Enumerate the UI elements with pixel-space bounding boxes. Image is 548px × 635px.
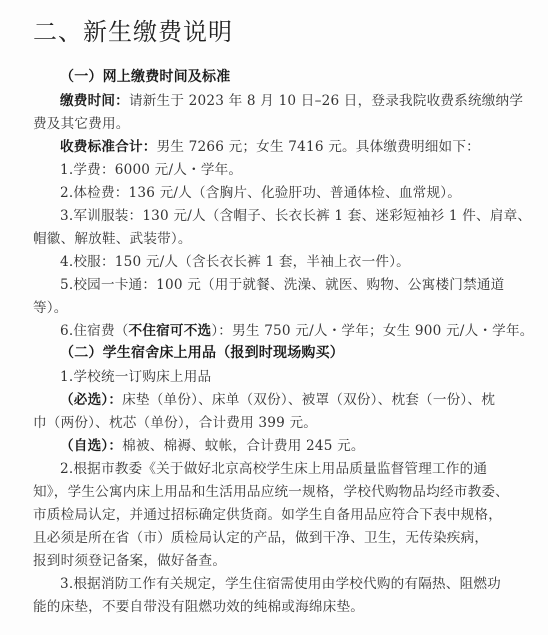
required-label: （必选）： [60,392,122,408]
bedding-p2-line4: 且必须是所在省（市）质检局认定的产品，做到干净、卫生，无传染疾病， [33,526,488,546]
bedding-p2-line1: 2.根据市教委《关于做好北京高校学生床上用品质量监督管理工作的通 [60,457,487,477]
fee-item-military-uniform-cont: 帽徽、解放鞋、武装带）。 [33,227,192,247]
fee-item-physical-exam: 2.体检费：136 元/人（含胸片、化验肝功、普通体检、血常规）。 [60,181,461,201]
bedding-optional-line: （自选）：棉被、棉褥、蚊帐，合计费用 245 元。 [60,434,365,454]
bedding-p2-line2: 知》，学生公寓内床上用品和生活用品应统一规格，学校代购物品均经市教委、 [33,480,509,500]
optional-label: （自选）： [60,438,122,454]
accommodation-suffix: ）：男生 750 元/人・学年；女生 900 元/人・学年。 [211,323,533,339]
fee-item-campus-card-cont: 等）。 [33,296,68,316]
document-page: 二、新生缴费说明 （一）网上缴费时间及标准 缴费时间：请新生于 2023 年 8… [0,0,548,635]
pay-time-text: 请新生于 2023 年 8 月 10 日–26 日，登录我院收费系统缴纳学 [129,93,523,109]
fee-total-line: 收费标准合计：男生 7266 元；女生 7416 元。具体缴费明细如下： [60,135,480,155]
fee-item-tuition: 1.学费：6000 元/人・学年。 [60,158,242,178]
pay-time-label: 缴费时间： [60,93,129,109]
optional-text: 棉被、棉褥、蚊帐，合计费用 245 元。 [122,438,365,454]
bedding-p2-line3: 市质检局认定，并通过招标确定供货商。如学生自备用品应符合下表中规格， [33,503,502,523]
fee-item-campus-card: 5.校园一卡通：100 元（用于就餐、洗澡、就医、购物、公寓楼门禁通道 [60,273,504,293]
fee-total-text: 男生 7266 元；女生 7416 元。具体缴费明细如下： [157,139,480,155]
page-title: 二、新生缴费说明 [33,12,233,47]
section-2-heading: （二）学生宿舍床上用品（报到时现场购买） [60,342,344,362]
fee-total-label: 收费标准合计： [60,139,157,155]
bedding-required-cont: 巾（两份）、枕芯（单份），合计费用 399 元。 [33,411,317,431]
required-text: 床垫（单份）、床单（双份）、被罩（双份）、枕套（一份）、枕 [122,392,495,408]
bedding-p3-line1: 3.根据消防工作有关规定，学生住宿需使用由学校代购的有隔热、阻燃功 [60,572,501,592]
fee-item-school-uniform: 4.校服：150 元/人（含长衣长裤 1 套，半袖上衣一件）。 [60,250,410,270]
pay-time-text-cont: 费及其它费用。 [33,112,130,132]
accommodation-prefix: 6.住宿费（ [60,323,129,339]
bedding-p1: 1.学校统一订购床上用品 [60,365,211,385]
pay-time-line: 缴费时间：请新生于 2023 年 8 月 10 日–26 日，登录我院收费系统缴… [60,89,523,109]
section-1-heading: （一）网上缴费时间及标准 [60,66,230,86]
bedding-p2-line5: 报到时须登记备案，做好备查。 [33,549,226,569]
accommodation-optional-note: 不住宿可不选 [129,323,212,339]
fee-item-accommodation: 6.住宿费（不住宿可不选）：男生 750 元/人・学年；女生 900 元/人・学… [60,319,534,339]
bedding-required-line: （必选）：床垫（单份）、床单（双份）、被罩（双份）、枕套（一份）、枕 [60,388,495,408]
fee-item-military-uniform: 3.军训服装：130 元/人（含帽子、长衣长裤 1 套、迷彩短袖衫 1 件、肩章… [60,204,531,224]
bedding-p3-line2: 能的床垫，不要自带没有阻燃功效的纯棉或海绵床垫。 [33,595,364,615]
